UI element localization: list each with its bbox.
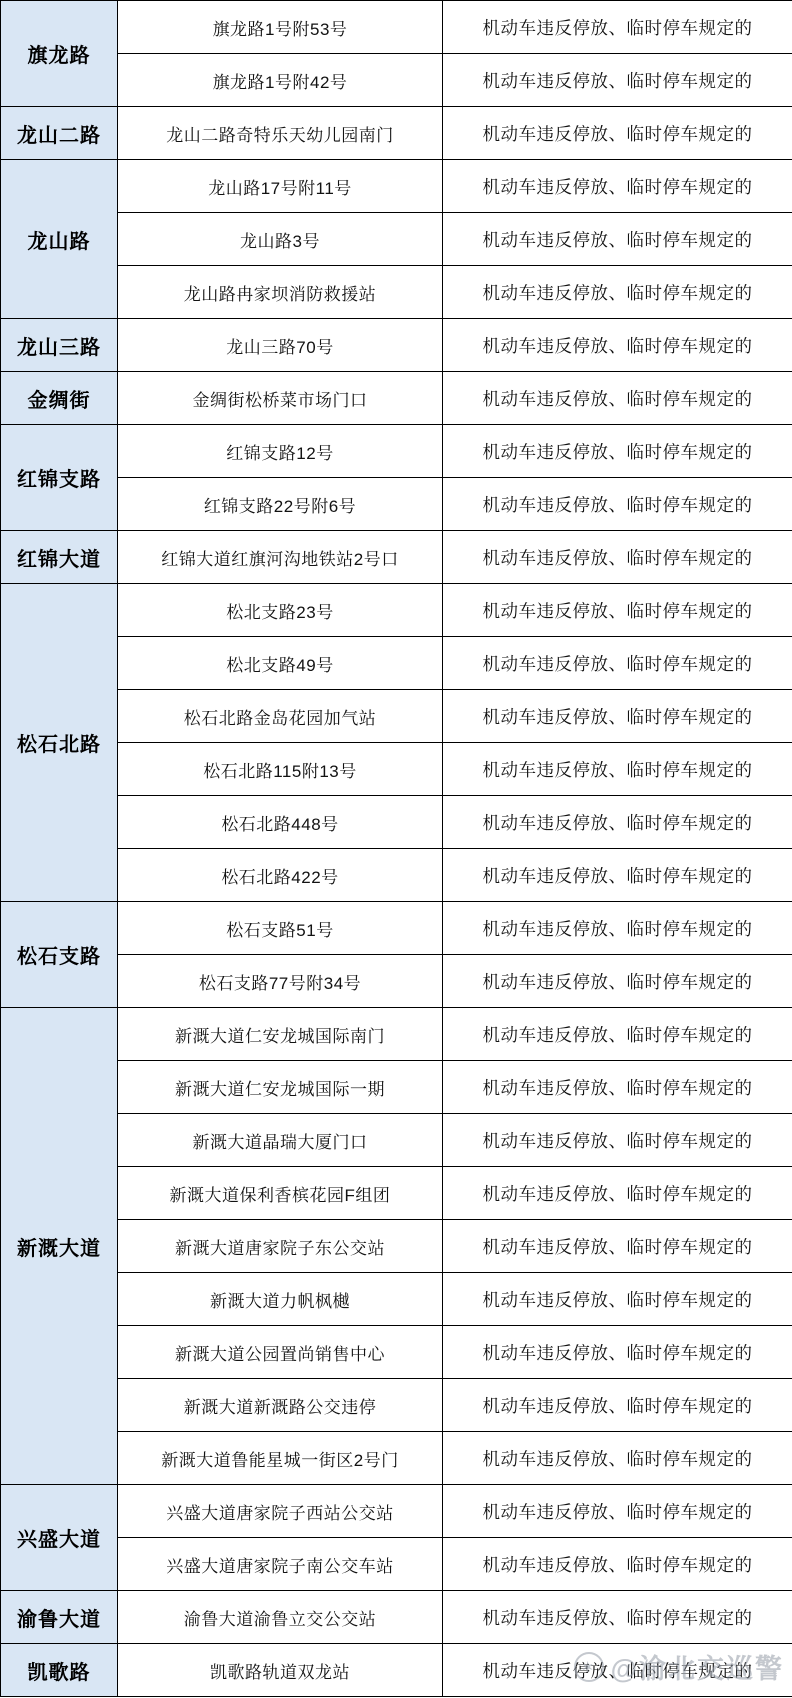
street-cell: 兴盛大道: [1, 1485, 118, 1591]
location-cell: 新溉大道新溉路公交违停: [118, 1379, 443, 1432]
location-cell: 龙山路3号: [118, 213, 443, 266]
violation-cell: 机动车违反停放、临时停车规定的: [443, 266, 792, 319]
location-cell: 新溉大道仁安龙城国际一期: [118, 1061, 443, 1114]
violation-cell: 机动车违反停放、临时停车规定的: [443, 584, 792, 637]
violation-cell: 机动车违反停放、临时停车规定的: [443, 1591, 792, 1644]
table-row: 新溉大道唐家院子东公交站机动车违反停放、临时停车规定的: [1, 1220, 792, 1273]
table-row: 松北支路49号机动车违反停放、临时停车规定的: [1, 637, 792, 690]
violation-cell: 机动车违反停放、临时停车规定的: [443, 690, 792, 743]
street-cell: 松石北路: [1, 584, 118, 902]
table-row: 红锦支路红锦支路12号机动车违反停放、临时停车规定的: [1, 425, 792, 478]
location-cell: 松北支路23号: [118, 584, 443, 637]
street-cell: 松石支路: [1, 902, 118, 1008]
table-row: 新溉大道鲁能星城一街区2号门机动车违反停放、临时停车规定的: [1, 1432, 792, 1485]
location-cell: 松石北路115附13号: [118, 743, 443, 796]
location-cell: 松石支路51号: [118, 902, 443, 955]
table-row: 凯歌路凯歌路轨道双龙站机动车违反停放、临时停车规定的: [1, 1644, 792, 1697]
location-cell: 旗龙路1号附53号: [118, 1, 443, 54]
violation-cell: 机动车违反停放、临时停车规定的: [443, 1273, 792, 1326]
violation-cell: 机动车违反停放、临时停车规定的: [443, 1167, 792, 1220]
table-row: 龙山路龙山路17号附11号机动车违反停放、临时停车规定的: [1, 160, 792, 213]
location-cell: 新溉大道仁安龙城国际南门: [118, 1008, 443, 1061]
violation-cell: 机动车违反停放、临时停车规定的: [443, 372, 792, 425]
location-cell: 金绸街松桥菜市场门口: [118, 372, 443, 425]
location-cell: 龙山路冉家坝消防救援站: [118, 266, 443, 319]
table-row: 金绸街金绸街松桥菜市场门口机动车违反停放、临时停车规定的: [1, 372, 792, 425]
street-cell: 红锦大道: [1, 531, 118, 584]
violation-cell: 机动车违反停放、临时停车规定的: [443, 1379, 792, 1432]
table-row: 松石北路金岛花园加气站机动车违反停放、临时停车规定的: [1, 690, 792, 743]
table-row: 新溉大道保利香槟花园F组团机动车违反停放、临时停车规定的: [1, 1167, 792, 1220]
table-row: 渝鲁大道渝鲁大道渝鲁立交公交站机动车违反停放、临时停车规定的: [1, 1591, 792, 1644]
table-row: 松石北路松北支路23号机动车违反停放、临时停车规定的: [1, 584, 792, 637]
table-row: 龙山二路龙山二路奇特乐天幼儿园南门机动车违反停放、临时停车规定的: [1, 107, 792, 160]
violation-cell: 机动车违反停放、临时停车规定的: [443, 425, 792, 478]
table-row: 松石支路松石支路51号机动车违反停放、临时停车规定的: [1, 902, 792, 955]
violation-cell: 机动车违反停放、临时停车规定的: [443, 796, 792, 849]
violation-cell: 机动车违反停放、临时停车规定的: [443, 1485, 792, 1538]
location-cell: 兴盛大道唐家院子南公交车站: [118, 1538, 443, 1591]
street-cell: 龙山路: [1, 160, 118, 319]
location-cell: 新溉大道公园置尚销售中心: [118, 1326, 443, 1379]
location-cell: 松石北路422号: [118, 849, 443, 902]
location-cell: 松石支路77号附34号: [118, 955, 443, 1008]
table-row: 新溉大道力帆枫樾机动车违反停放、临时停车规定的: [1, 1273, 792, 1326]
table-row: 兴盛大道兴盛大道唐家院子西站公交站机动车违反停放、临时停车规定的: [1, 1485, 792, 1538]
table-row: 松石北路115附13号机动车违反停放、临时停车规定的: [1, 743, 792, 796]
table-row: 龙山路冉家坝消防救援站机动车违反停放、临时停车规定的: [1, 266, 792, 319]
street-cell: 金绸街: [1, 372, 118, 425]
violation-cell: 机动车违反停放、临时停车规定的: [443, 54, 792, 107]
street-cell: 龙山二路: [1, 107, 118, 160]
location-cell: 松石北路448号: [118, 796, 443, 849]
violation-cell: 机动车违反停放、临时停车规定的: [443, 107, 792, 160]
violation-cell: 机动车违反停放、临时停车规定的: [443, 1644, 792, 1697]
street-cell: 旗龙路: [1, 1, 118, 107]
table-row: 新溉大道新溉大道仁安龙城国际南门机动车违反停放、临时停车规定的: [1, 1008, 792, 1061]
location-cell: 渝鲁大道渝鲁立交公交站: [118, 1591, 443, 1644]
violation-cell: 机动车违反停放、临时停车规定的: [443, 1114, 792, 1167]
violations-table: 旗龙路旗龙路1号附53号机动车违反停放、临时停车规定的旗龙路1号附42号机动车违…: [0, 0, 792, 1697]
table-row: 新溉大道晶瑞大厦门口机动车违反停放、临时停车规定的: [1, 1114, 792, 1167]
violation-cell: 机动车违反停放、临时停车规定的: [443, 1220, 792, 1273]
location-cell: 旗龙路1号附42号: [118, 54, 443, 107]
violation-cell: 机动车违反停放、临时停车规定的: [443, 1432, 792, 1485]
table-row: 兴盛大道唐家院子南公交车站机动车违反停放、临时停车规定的: [1, 1538, 792, 1591]
location-cell: 龙山路17号附11号: [118, 160, 443, 213]
violation-cell: 机动车违反停放、临时停车规定的: [443, 902, 792, 955]
table-row: 新溉大道公园置尚销售中心机动车违反停放、临时停车规定的: [1, 1326, 792, 1379]
table-row: 新溉大道新溉路公交违停机动车违反停放、临时停车规定的: [1, 1379, 792, 1432]
location-cell: 红锦支路22号附6号: [118, 478, 443, 531]
street-cell: 红锦支路: [1, 425, 118, 531]
street-cell: 凯歌路: [1, 1644, 118, 1697]
location-cell: 新溉大道晶瑞大厦门口: [118, 1114, 443, 1167]
location-cell: 红锦大道红旗河沟地铁站2号口: [118, 531, 443, 584]
violation-cell: 机动车违反停放、临时停车规定的: [443, 1, 792, 54]
location-cell: 松石北路金岛花园加气站: [118, 690, 443, 743]
violation-cell: 机动车违反停放、临时停车规定的: [443, 849, 792, 902]
table-row: 新溉大道仁安龙城国际一期机动车违反停放、临时停车规定的: [1, 1061, 792, 1114]
violation-cell: 机动车违反停放、临时停车规定的: [443, 531, 792, 584]
violation-cell: 机动车违反停放、临时停车规定的: [443, 1538, 792, 1591]
street-cell: 渝鲁大道: [1, 1591, 118, 1644]
location-cell: 红锦支路12号: [118, 425, 443, 478]
violation-cell: 机动车违反停放、临时停车规定的: [443, 213, 792, 266]
violation-cell: 机动车违反停放、临时停车规定的: [443, 637, 792, 690]
street-cell: 新溉大道: [1, 1008, 118, 1485]
violation-cell: 机动车违反停放、临时停车规定的: [443, 160, 792, 213]
location-cell: 龙山三路70号: [118, 319, 443, 372]
location-cell: 新溉大道唐家院子东公交站: [118, 1220, 443, 1273]
table-row: 松石支路77号附34号机动车违反停放、临时停车规定的: [1, 955, 792, 1008]
table-row: 龙山路3号机动车违反停放、临时停车规定的: [1, 213, 792, 266]
violation-cell: 机动车违反停放、临时停车规定的: [443, 478, 792, 531]
street-cell: 龙山三路: [1, 319, 118, 372]
table-row: 松石北路422号机动车违反停放、临时停车规定的: [1, 849, 792, 902]
violation-cell: 机动车违反停放、临时停车规定的: [443, 1061, 792, 1114]
violation-cell: 机动车违反停放、临时停车规定的: [443, 1008, 792, 1061]
table-row: 松石北路448号机动车违反停放、临时停车规定的: [1, 796, 792, 849]
violation-cell: 机动车违反停放、临时停车规定的: [443, 319, 792, 372]
violations-table-body: 旗龙路旗龙路1号附53号机动车违反停放、临时停车规定的旗龙路1号附42号机动车违…: [1, 1, 792, 1697]
table-row: 红锦支路22号附6号机动车违反停放、临时停车规定的: [1, 478, 792, 531]
location-cell: 兴盛大道唐家院子西站公交站: [118, 1485, 443, 1538]
violation-cell: 机动车违反停放、临时停车规定的: [443, 743, 792, 796]
table-row: 龙山三路龙山三路70号机动车违反停放、临时停车规定的: [1, 319, 792, 372]
violation-cell: 机动车违反停放、临时停车规定的: [443, 955, 792, 1008]
location-cell: 龙山二路奇特乐天幼儿园南门: [118, 107, 443, 160]
location-cell: 凯歌路轨道双龙站: [118, 1644, 443, 1697]
location-cell: 新溉大道保利香槟花园F组团: [118, 1167, 443, 1220]
location-cell: 新溉大道鲁能星城一街区2号门: [118, 1432, 443, 1485]
violation-cell: 机动车违反停放、临时停车规定的: [443, 1326, 792, 1379]
location-cell: 松北支路49号: [118, 637, 443, 690]
table-row: 旗龙路1号附42号机动车违反停放、临时停车规定的: [1, 54, 792, 107]
table-row: 红锦大道红锦大道红旗河沟地铁站2号口机动车违反停放、临时停车规定的: [1, 531, 792, 584]
location-cell: 新溉大道力帆枫樾: [118, 1273, 443, 1326]
table-row: 旗龙路旗龙路1号附53号机动车违反停放、临时停车规定的: [1, 1, 792, 54]
